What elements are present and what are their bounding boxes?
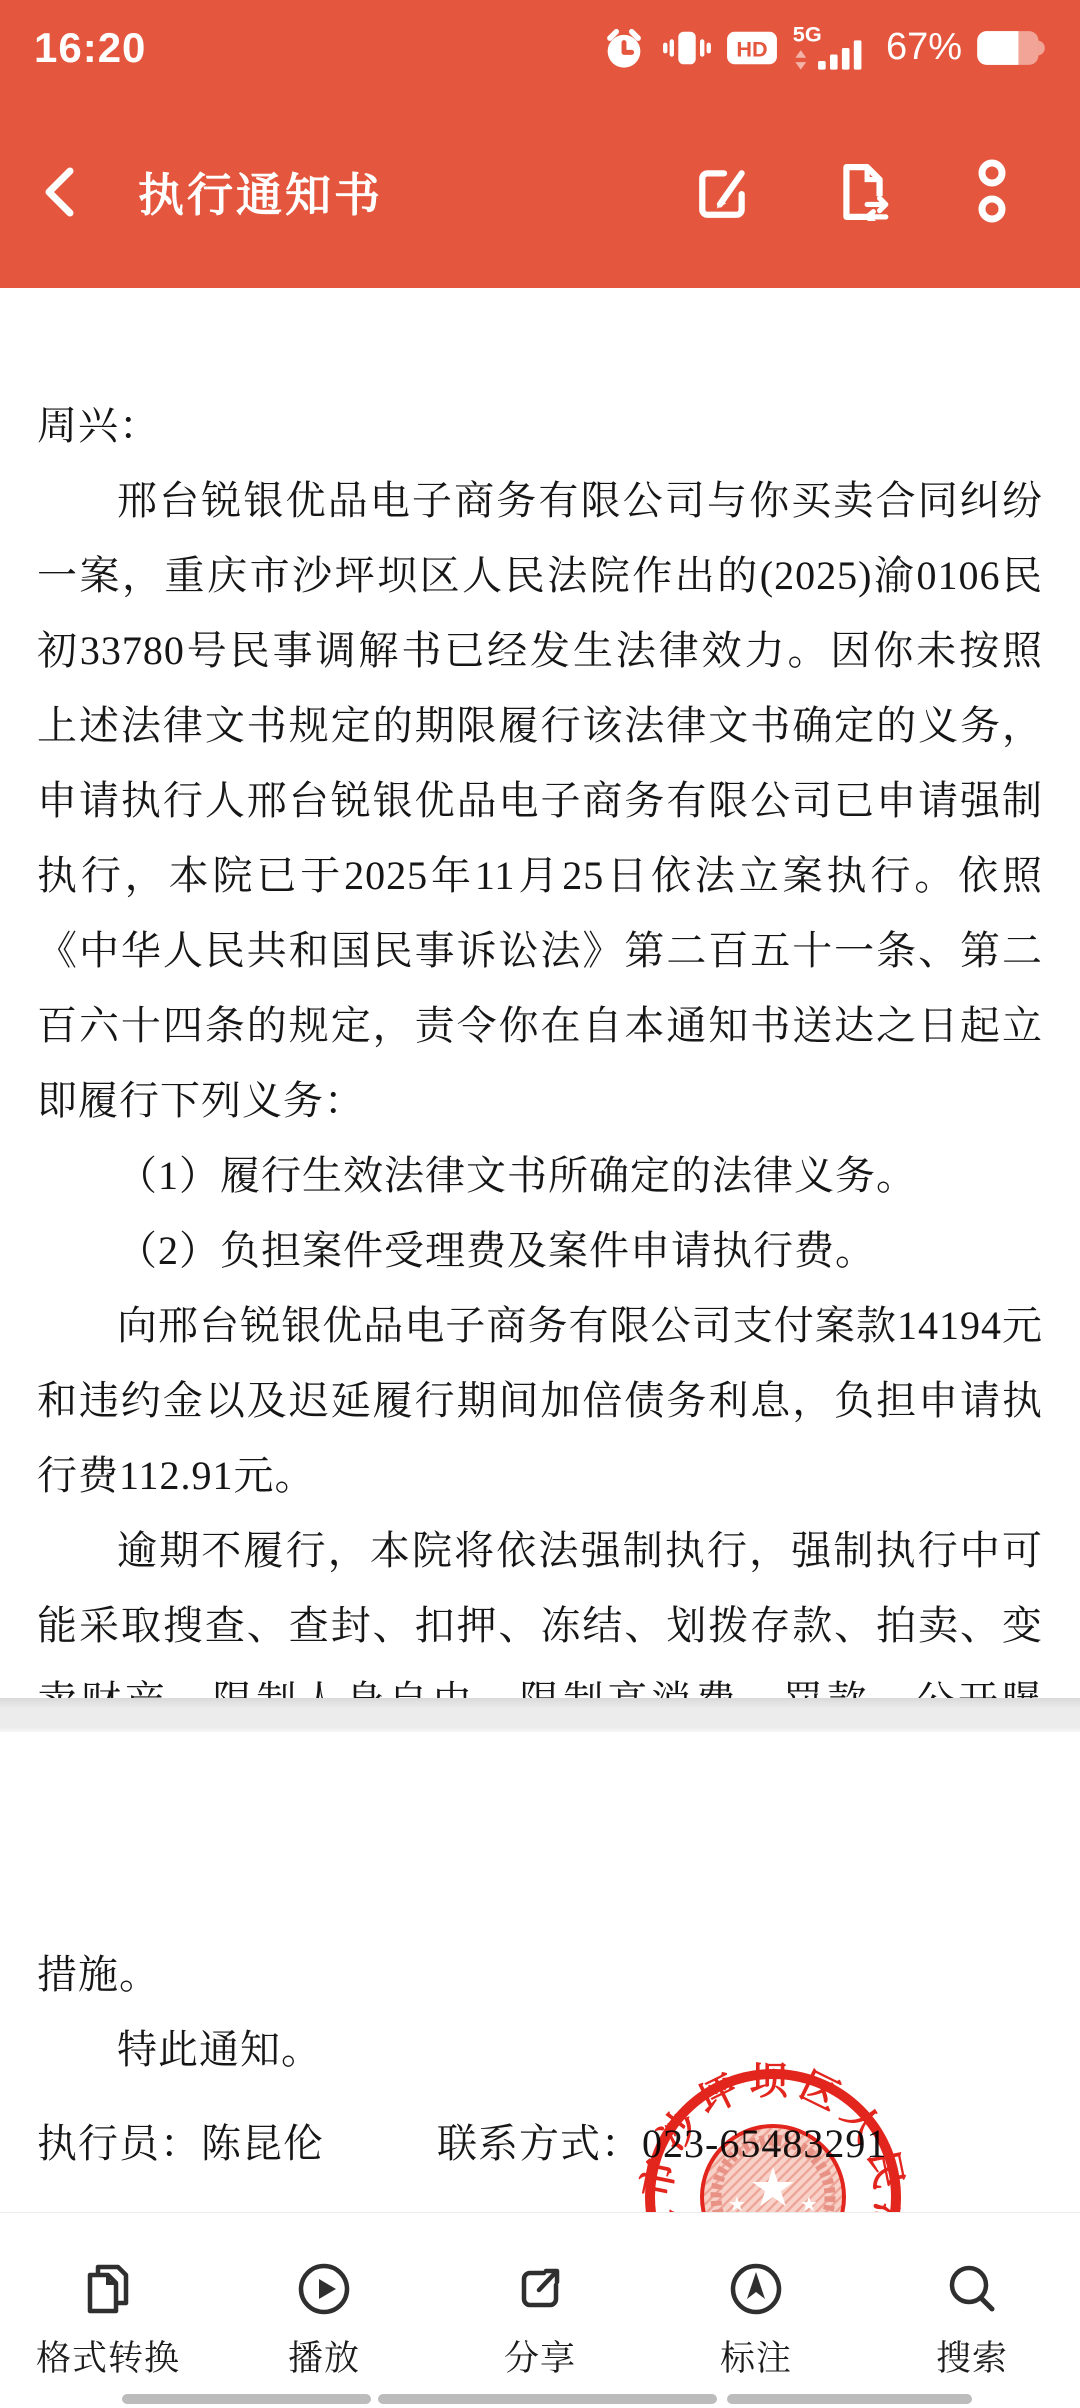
doc-paragraph: （1）履行生效法律文书所确定的法律义务。 [37,1138,1043,1213]
document-convert-icon [834,163,892,221]
status-icons: HD 5G 67% [600,22,1046,74]
document-page-2: 措施。 特此通知。 执行员：陈昆伦 联系方式：023-65483291 [0,1732,1080,2213]
svg-text:★: ★ [800,2194,818,2213]
page-title: 执行通知书 [138,159,383,225]
header-actions [694,157,1044,227]
toolbar-item-annotate[interactable]: 标注 [648,2259,864,2381]
bottom-toolbar: 格式转换 播放 分享 [0,2213,1080,2408]
edit-button[interactable] [694,163,752,221]
battery-icon [976,29,1046,67]
back-chevron-icon [36,162,82,222]
annotate-icon [726,2259,786,2319]
svg-text:HD: HD [736,36,767,61]
page-separator [0,1698,1080,1732]
toolbar-label: 标注 [720,2331,792,2381]
toolbar-label: 分享 [504,2331,576,2381]
svg-text:★: ★ [728,2194,746,2213]
toolbar-label: 播放 [288,2331,360,2381]
wps-document-viewer: 16:20 HD 5G [0,0,1080,2408]
app-header: 执行通知书 [0,95,1080,288]
seal-big-star: ★ [749,2158,797,2213]
doc-paragraph: 向邢台锐银优品电子商务有限公司支付案款14194元和违约金以及迟延履行期间加倍债… [37,1288,1043,1513]
search-icon [942,2259,1002,2319]
svg-text:5G: 5G [793,22,822,47]
nav-hint-bar[interactable] [727,2394,972,2404]
toolbar-item-play[interactable]: 播放 [216,2259,432,2381]
court-seal: ★ ★ ★ ★ ★ 重庆市沙坪坝区人民法院 [623,2047,923,2213]
toolbar-label: 搜索 [936,2331,1008,2381]
convert-button[interactable] [834,163,892,221]
more-dots-icon [974,157,1010,227]
document-page-1: 周兴： 邢台锐银优品电子商务有限公司与你买卖合同纠纷一案，重庆市沙坪坝区人民法院… [0,288,1080,1698]
back-button[interactable] [36,162,82,222]
hd-icon: HD [726,28,778,68]
toolbar-item-search[interactable]: 搜索 [864,2259,1080,2381]
toolbar-label: 格式转换 [36,2331,180,2381]
more-button[interactable] [974,157,1010,227]
format-convert-icon [78,2259,138,2319]
toolbar-item-convert[interactable]: 格式转换 [0,2259,216,2381]
toolbar-item-share[interactable]: 分享 [432,2259,648,2381]
alarm-icon [600,24,648,72]
edit-icon [694,163,752,221]
nav-hint-bar[interactable] [122,2394,371,2404]
doc-paragraph: （2）负担案件受理费及案件申请执行费。 [37,1213,1043,1288]
play-icon [294,2259,354,2319]
battery-percent-text: 67% [886,26,962,69]
share-icon [510,2259,570,2319]
clock-text: 16:20 [34,24,146,72]
doc-paragraph: 周兴： [37,388,1043,463]
executor-name: 执行员：陈昆伦 [37,2121,324,2166]
signal-5g-icon: 5G [792,22,868,74]
doc-paragraph: 措施。 [37,1937,1043,2012]
nav-hint-bar[interactable] [378,2394,717,2404]
court-seal-graphic: ★ ★ ★ ★ ★ 重庆市沙坪坝区人民法院 [623,2047,923,2213]
status-bar: 16:20 HD 5G [0,0,1080,95]
bottom-hint-bars [0,2394,1080,2408]
doc-paragraph: 邢台锐银优品电子商务有限公司与你买卖合同纠纷一案，重庆市沙坪坝区人民法院作出的(… [37,463,1043,1138]
vibrate-icon [662,24,712,72]
